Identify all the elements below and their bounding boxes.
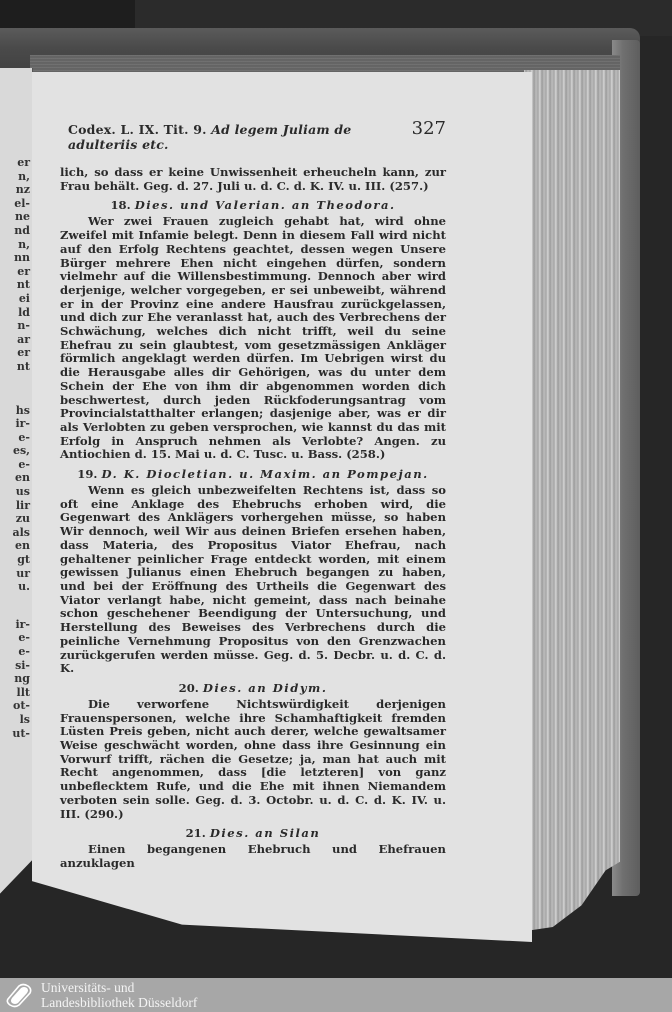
running-head-codex: Codex. L. IX. Tit. 9.: [68, 122, 207, 137]
institution-name: Universitäts- und Landesbibliothek Düsse…: [41, 980, 197, 1010]
left-fragments-group-c: ir-e-e-si-nglltot-lsut-: [0, 618, 30, 740]
paragraph: Wenn es gleich unbezweifelten Rechtens i…: [60, 484, 446, 676]
section-heading: 20. Dies. an Didym.: [60, 681, 446, 695]
footer-bar: Universitäts- und Landesbibliothek Düsse…: [0, 978, 672, 1012]
text-blocks: lich, so dass er keine Unwissenheit erhe…: [60, 166, 446, 871]
page-stack-right-edge: [524, 70, 620, 940]
left-fragment-line: lir: [0, 499, 30, 513]
left-fragment-line: ne: [0, 210, 30, 224]
left-fragment-line: us: [0, 485, 30, 499]
left-fragment-line: u.: [0, 580, 30, 594]
left-page-text-fragments: ern,nzel-nendn,nnernteildn-arernt hsir-e…: [0, 156, 30, 740]
left-fragment-line: nz: [0, 183, 30, 197]
left-fragment-line: nn: [0, 251, 30, 265]
left-fragment-line: e-: [0, 458, 30, 472]
left-fragment-line: ur: [0, 567, 30, 581]
section-title: Dies. an Didym.: [203, 681, 328, 695]
left-fragment-line: er: [0, 265, 30, 279]
left-fragment-line: es,: [0, 444, 30, 458]
institution-line-2: Landesbibliothek Düsseldorf: [41, 995, 197, 1010]
left-fragment-line: ng: [0, 672, 30, 686]
page-content: Codex. L. IX. Tit. 9. Ad legem Juliam de…: [60, 118, 446, 871]
section-title: Dies. und Valerian. an Theodora.: [135, 198, 396, 212]
left-fragment-line: si-: [0, 659, 30, 673]
left-fragment-line: als: [0, 526, 30, 540]
section-title: D. K. Diocletian. u. Maxim. an Pompejan.: [102, 467, 429, 481]
left-fragment-line: er: [0, 346, 30, 360]
left-fragment-line: en: [0, 471, 30, 485]
left-fragment-line: ei: [0, 292, 30, 306]
left-fragment-line: hs: [0, 404, 30, 418]
section-number: 18.: [110, 198, 134, 212]
running-head-title: Codex. L. IX. Tit. 9. Ad legem Juliam de…: [68, 122, 412, 152]
left-fragment-line: e-: [0, 431, 30, 445]
section-heading: 18. Dies. und Valerian. an Theodora.: [60, 198, 446, 212]
left-fragment-line: gt: [0, 553, 30, 567]
left-fragment-line: en: [0, 539, 30, 553]
left-fragment-line: n-: [0, 319, 30, 333]
book-logo-icon: [4, 982, 34, 1008]
left-fragment-line: nt: [0, 360, 30, 374]
paragraph: Einen begangenen Ehebruch und Ehefrauen …: [60, 843, 446, 870]
left-fragment-line: ir-: [0, 417, 30, 431]
paragraph: lich, so dass er keine Unwissenheit erhe…: [60, 166, 446, 193]
left-fragment-line: er: [0, 156, 30, 170]
section-heading: 19. D. K. Diocletian. u. Maxim. an Pompe…: [60, 467, 446, 481]
section-heading: 21. Dies. an Silan: [60, 826, 446, 840]
left-fragment-line: nd: [0, 224, 30, 238]
left-fragment-line: nt: [0, 278, 30, 292]
left-fragment-line: ot-: [0, 699, 30, 713]
left-fragment-line: llt: [0, 686, 30, 700]
section-number: 21.: [186, 826, 210, 840]
left-fragment-line: zu: [0, 512, 30, 526]
left-fragment-line: n,: [0, 238, 30, 252]
running-head: Codex. L. IX. Tit. 9. Ad legem Juliam de…: [60, 118, 446, 152]
left-fragment-line: e-: [0, 631, 30, 645]
paragraph: Wer zwei Frauen zugleich gehabt hat, wir…: [60, 215, 446, 462]
left-fragment-line: ld: [0, 306, 30, 320]
left-fragments-group-b: hsir-e-es,e-enuslirzualsengturu.: [0, 404, 30, 594]
left-fragments-group-a: ern,nzel-nendn,nnernteildn-arernt: [0, 156, 30, 374]
page-number: 327: [412, 118, 446, 139]
left-fragment-line: el-: [0, 197, 30, 211]
left-fragment-line: ir-: [0, 618, 30, 632]
section-title: Dies. an Silan: [210, 826, 321, 840]
institution-line-1: Universitäts- und: [41, 980, 197, 995]
section-number: 20.: [179, 681, 203, 695]
left-fragment-line: ls: [0, 713, 30, 727]
paragraph: Die verworfene Nichtswürdigkeit derjenig…: [60, 698, 446, 821]
left-fragment-line: e-: [0, 645, 30, 659]
section-number: 19.: [77, 467, 101, 481]
left-fragment-line: n,: [0, 170, 30, 184]
left-fragment-line: ar: [0, 333, 30, 347]
left-fragment-line: ut-: [0, 727, 30, 741]
